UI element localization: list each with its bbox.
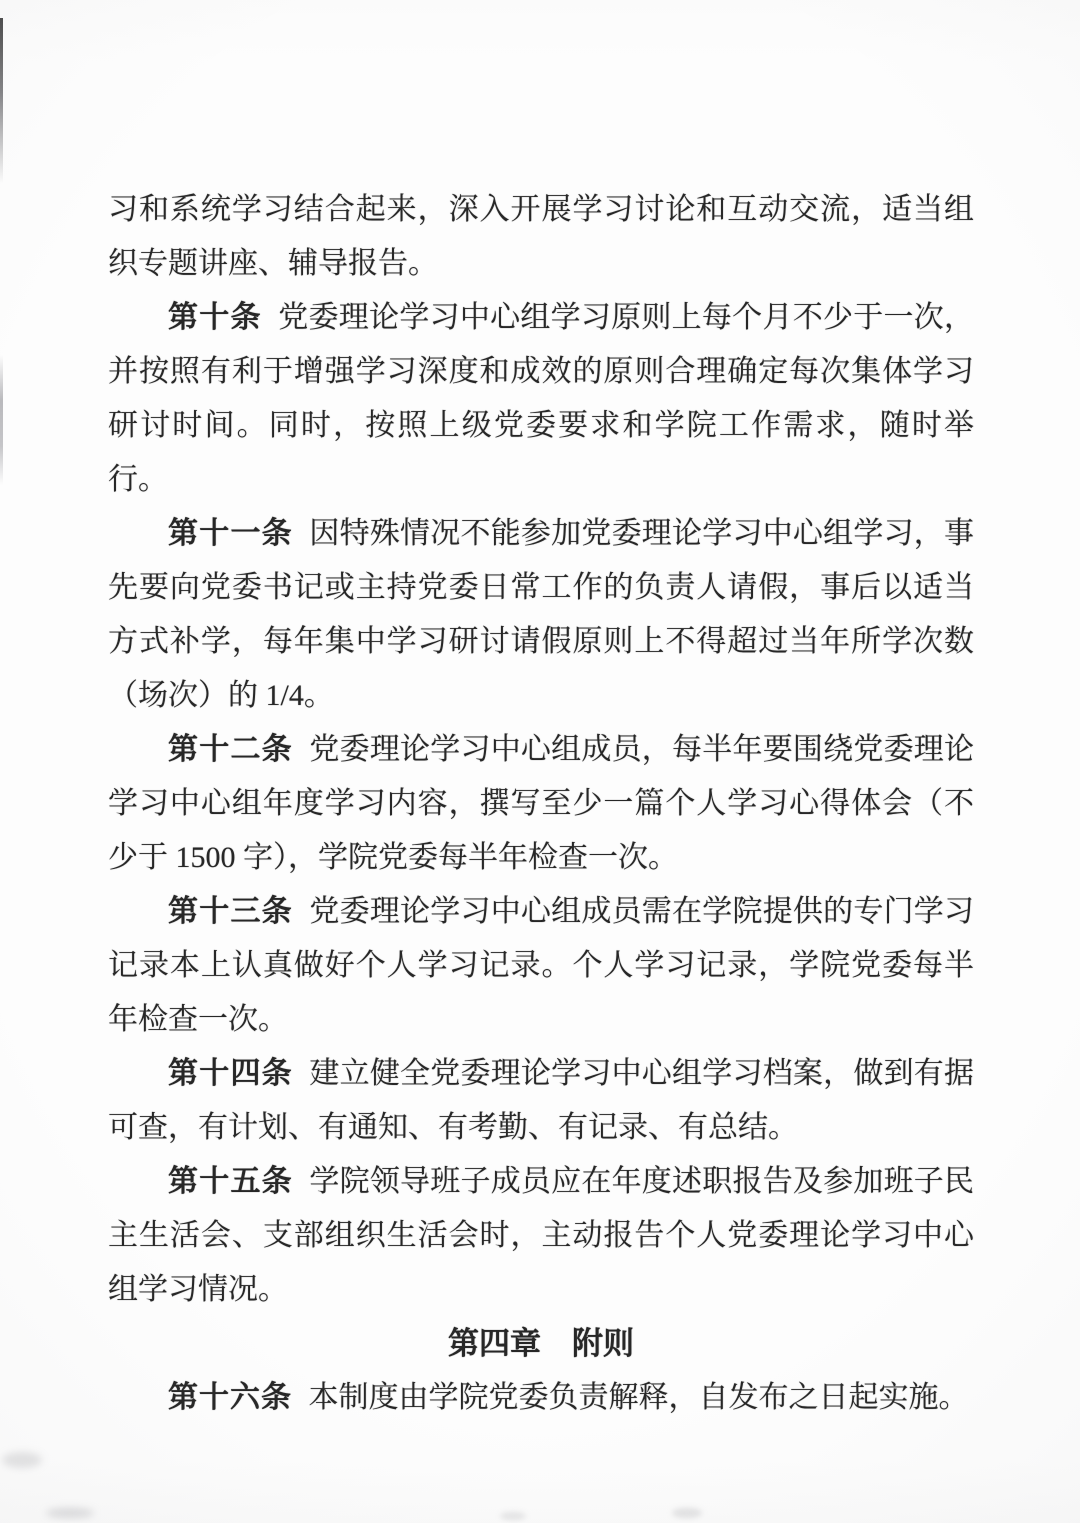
scan-smudge (46, 1508, 94, 1518)
article-number: 第十五条 (168, 1165, 309, 1198)
scanned-document-page: 习和系统学习结合起来，深入开展学习讨论和互动交流，适当组织专题讲座、辅导报告。第… (0, 0, 1080, 1523)
article-paragraph: 第十四条建立健全党委理论学习中心组学习档案，做到有据可查，有计划、有通知、有考勤… (108, 1047, 974, 1155)
article-paragraph: 第十五条学院领导班子成员应在年度述职报告及参加班子民主生活会、支部组织生活会时，… (108, 1155, 974, 1317)
scan-artifact-left-edge (0, 18, 3, 183)
chapter-heading: 第四章 附则 (108, 1317, 974, 1371)
article-number: 第十六条 (168, 1381, 309, 1414)
document-body: 习和系统学习结合起来，深入开展学习讨论和互动交流，适当组织专题讲座、辅导报告。第… (108, 183, 974, 1425)
article-paragraph: 第十一条因特殊情况不能参加党委理论学习中心组学习，事先要向党委书记或主持党委日常… (108, 507, 974, 723)
scan-smudge (672, 1508, 702, 1518)
article-number: 第十四条 (168, 1057, 309, 1090)
article-paragraph: 第十条党委理论学习中心组学习原则上每个月不少于一次，并按照有利于增强学习深度和成… (108, 291, 974, 507)
article-number: 第十二条 (168, 733, 309, 766)
article-number: 第十条 (168, 301, 278, 334)
article-paragraph: 第十三条党委理论学习中心组成员需在学院提供的专门学习记录本上认真做好个人学习记录… (108, 885, 974, 1047)
article-number: 第十一条 (168, 517, 309, 550)
article-text: 本制度由学院党委负责解释，自发布之日起实施。 (309, 1381, 969, 1414)
scan-smudge (2, 1452, 42, 1468)
article-paragraph: 第十二条党委理论学习中心组成员，每半年要围绕党委理论学习中心组年度学习内容，撰写… (108, 723, 974, 885)
article-number: 第十三条 (168, 895, 309, 928)
article-text: 习和系统学习结合起来，深入开展学习讨论和互动交流，适当组织专题讲座、辅导报告。 (108, 193, 974, 280)
continuation-paragraph: 习和系统学习结合起来，深入开展学习讨论和互动交流，适当组织专题讲座、辅导报告。 (108, 183, 974, 291)
scan-smudge (500, 1512, 526, 1520)
article-paragraph: 第十六条本制度由学院党委负责解释，自发布之日起实施。 (108, 1371, 974, 1425)
scan-artifact-left-edge-2 (0, 355, 3, 485)
